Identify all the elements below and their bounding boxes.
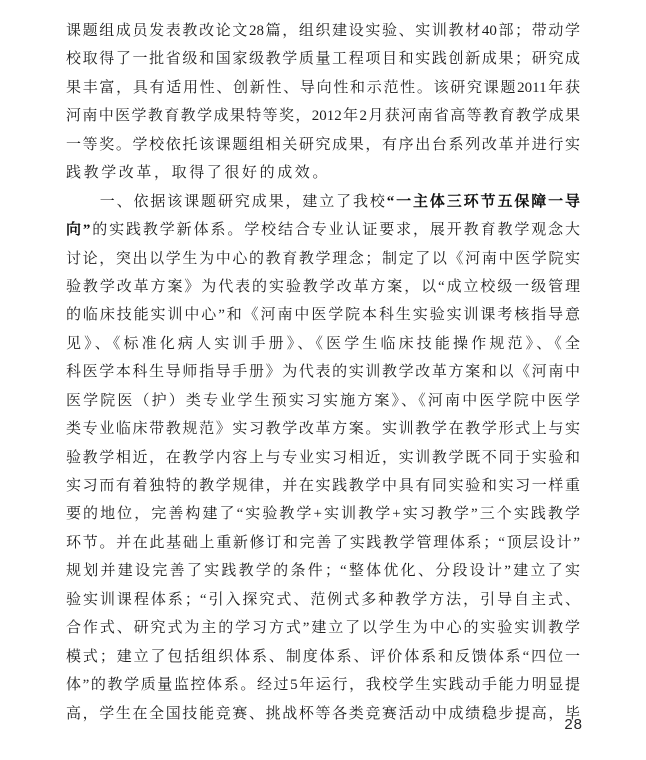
text-line: 验教学改革方案》为代表的实验教学改革方案，以“成立校级一级管理 bbox=[66, 273, 580, 301]
text-line: 验教学相近，在教学内容上与专业实习相近，实训教学既不同于实验和 bbox=[66, 444, 580, 472]
bold-text-segment: “一主体三环节五保障一导 bbox=[387, 194, 580, 210]
text-line: 规划并建设完善了实践教学的条件；“整体优化、分段设计”建立了实 bbox=[66, 557, 580, 585]
text-line: 要的地位，完善构建了“实验教学+实训教学+实习教学”三个实践教学 bbox=[66, 500, 580, 528]
text-segment: 科医学本科生导师指导手册》为代表的实训教学改革方案和以《河南中 bbox=[66, 364, 580, 380]
text-line: 高，学生在全国技能竞赛、挑战杯等各类竞赛活动中成绩稳步提高，毕 bbox=[66, 700, 580, 728]
text-segment: 一、依据该课题研究成果，建立了我校 bbox=[66, 194, 387, 210]
text-segment: 校取得了一批省级和国家级教学质量工程项目和实践创新成果；研究成 bbox=[66, 51, 580, 67]
text-segment: 合作式、研究式为主的学习方式”建立了以学生为中心的实验实训教学 bbox=[66, 620, 580, 636]
text-segment: 践教学改革，取得了很好的成效。 bbox=[66, 165, 330, 181]
text-segment: 类专业临床带教规范》实习教学改革方案。实训教学在教学形式上与实 bbox=[66, 421, 580, 437]
text-line: 果丰富，具有适用性、创新性、导向性和示范性。该研究课题2011年获 bbox=[66, 74, 580, 102]
text-line: 一等奖。学校依托该课题组相关研究成果，有序出台系列改革并进行实 bbox=[66, 131, 580, 159]
text-line: 河南中医学教育教学成果特等奖，2012年2月获河南省高等教育教学成果 bbox=[66, 102, 580, 130]
text-segment: 讨论，突出以学生为中心的教育教学理念；制定了以《河南中医学院实 bbox=[66, 251, 580, 267]
text-segment: 见》、《标准化病人实训手册》、《医学生临床技能操作规范》、《全 bbox=[66, 336, 580, 352]
text-segment: 环节。并在此基础上重新修订和完善了实践教学管理体系；“顶层设计” bbox=[66, 535, 580, 551]
text-line: 向”的实践教学新体系。学校结合专业认证要求，展开教育教学观念大 bbox=[66, 216, 580, 244]
text-segment: 验实训课程体系；“引入探究式、范例式多种教学方法，引导自主式、 bbox=[66, 592, 580, 608]
text-line: 校取得了一批省级和国家级教学质量工程项目和实践创新成果；研究成 bbox=[66, 45, 580, 73]
bold-text-segment: 向” bbox=[66, 222, 90, 238]
text-line: 验实训课程体系；“引入探究式、范例式多种教学方法，引导自主式、 bbox=[66, 586, 580, 614]
text-line: 合作式、研究式为主的学习方式”建立了以学生为中心的实验实训教学 bbox=[66, 614, 580, 642]
text-segment: 果丰富，具有适用性、创新性、导向性和示范性。该研究课题2011年获 bbox=[66, 80, 580, 96]
text-line: 医学院医（护）类专业学生预实习实施方案》、《河南中医学院中医学 bbox=[66, 387, 580, 415]
text-segment: 实习而有着独特的教学规律，并在实践教学中具有同实验和实习一样重 bbox=[66, 478, 580, 494]
text-line: 模式；建立了包括组织体系、制度体系、评价体系和反馈体系“四位一 bbox=[66, 643, 580, 671]
document-page: 课题组成员发表教改论文28篇，组织建设实验、实训教材40部；带动学校取得了一批省… bbox=[0, 0, 646, 760]
text-segment: 河南中医学教育教学成果特等奖，2012年2月获河南省高等教育教学成果 bbox=[66, 108, 580, 124]
text-line: 践教学改革，取得了很好的成效。 bbox=[66, 159, 580, 187]
text-segment: 医学院医（护）类专业学生预实习实施方案》、《河南中医学院中医学 bbox=[66, 393, 580, 409]
text-line: 一、依据该课题研究成果，建立了我校“一主体三环节五保障一导 bbox=[66, 188, 580, 216]
text-segment: 规划并建设完善了实践教学的条件；“整体优化、分段设计”建立了实 bbox=[66, 563, 580, 579]
text-segment: 验教学相近，在教学内容上与专业实习相近，实训教学既不同于实验和 bbox=[66, 450, 580, 466]
text-segment: 要的地位，完善构建了“实验教学+实训教学+实习教学”三个实践教学 bbox=[66, 506, 580, 522]
text-segment: 高，学生在全国技能竞赛、挑战杯等各类竞赛活动中成绩稳步提高，毕 bbox=[66, 706, 580, 722]
text-line: 的临床技能实训中心”和《河南中医学院本科生实验实训课考核指导意 bbox=[66, 301, 580, 329]
text-segment: 课题组成员发表教改论文28篇，组织建设实验、实训教材40部；带动学 bbox=[66, 23, 580, 39]
text-segment: 的实践教学新体系。学校结合专业认证要求，展开教育教学观念大 bbox=[90, 222, 580, 238]
text-block: 课题组成员发表教改论文28篇，组织建设实验、实训教材40部；带动学校取得了一批省… bbox=[66, 17, 580, 728]
text-line: 课题组成员发表教改论文28篇，组织建设实验、实训教材40部；带动学 bbox=[66, 17, 580, 45]
text-line: 科医学本科生导师指导手册》为代表的实训教学改革方案和以《河南中 bbox=[66, 358, 580, 386]
text-segment: 的临床技能实训中心”和《河南中医学院本科生实验实训课考核指导意 bbox=[66, 307, 580, 323]
text-segment: 验教学改革方案》为代表的实验教学改革方案，以“成立校级一级管理 bbox=[66, 279, 580, 295]
text-line: 体”的教学质量监控体系。经过5年运行，我校学生实践动手能力明显提 bbox=[66, 671, 580, 699]
text-segment: 体”的教学质量监控体系。经过5年运行，我校学生实践动手能力明显提 bbox=[66, 677, 580, 693]
text-line: 环节。并在此基础上重新修订和完善了实践教学管理体系；“顶层设计” bbox=[66, 529, 580, 557]
text-line: 类专业临床带教规范》实习教学改革方案。实训教学在教学形式上与实 bbox=[66, 415, 580, 443]
text-segment: 模式；建立了包括组织体系、制度体系、评价体系和反馈体系“四位一 bbox=[66, 649, 580, 665]
text-line: 见》、《标准化病人实训手册》、《医学生临床技能操作规范》、《全 bbox=[66, 330, 580, 358]
text-line: 讨论，突出以学生为中心的教育教学理念；制定了以《河南中医学院实 bbox=[66, 245, 580, 273]
text-segment: 一等奖。学校依托该课题组相关研究成果，有序出台系列改革并进行实 bbox=[66, 137, 580, 153]
text-line: 实习而有着独特的教学规律，并在实践教学中具有同实验和实习一样重 bbox=[66, 472, 580, 500]
page-number: 28 bbox=[564, 716, 583, 733]
